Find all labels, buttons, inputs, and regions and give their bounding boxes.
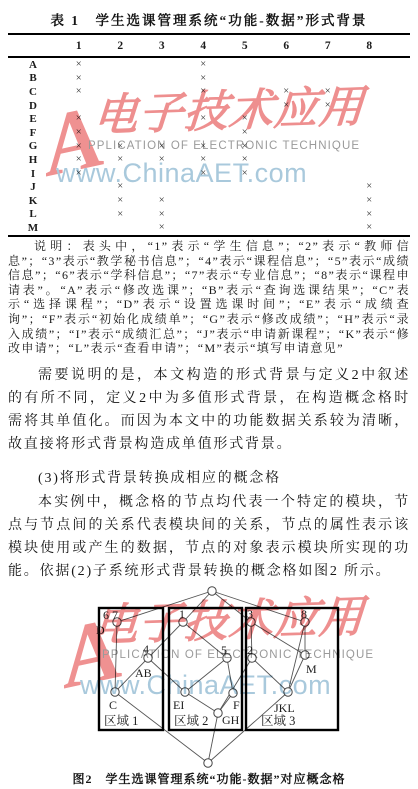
row-label-G: G: [8, 140, 58, 154]
lattice-node-nF: [229, 689, 237, 697]
row-spacer: [390, 208, 410, 222]
row-label-I: I: [8, 167, 58, 181]
context-cell-F1: ×: [58, 126, 100, 140]
context-cell-J1: [58, 180, 100, 194]
context-cell-A5: [224, 57, 266, 72]
context-cell-M2: [100, 221, 142, 236]
row-label-K: K: [8, 194, 58, 208]
lattice-node-nJKL: [284, 688, 292, 696]
row-label-A: A: [8, 57, 58, 72]
row-spacer: [390, 99, 410, 113]
context-cell-G2: ×: [100, 140, 142, 154]
context-cell-G3: ×: [141, 140, 183, 154]
row-spacer: [390, 126, 410, 140]
lattice-label: GH: [222, 713, 240, 727]
row-spacer: [390, 167, 410, 181]
context-cell-D6: ×: [266, 99, 308, 113]
paragraph-2: (3)将形式背景转换成相应的概念格: [8, 467, 410, 490]
lattice-node-nEI: [181, 688, 189, 696]
context-cell-J5: [224, 180, 266, 194]
context-cell-B5: [224, 72, 266, 86]
context-cell-L4: [183, 208, 225, 222]
row-spacer: [390, 140, 410, 154]
lattice-node-nGH: [214, 709, 222, 717]
lattice-label: 8: [301, 607, 307, 621]
context-cell-J2: ×: [100, 180, 142, 194]
column-header-1: 1: [58, 34, 100, 57]
lattice-label: F: [233, 698, 240, 712]
context-cell-C5: [224, 85, 266, 99]
lattice-node-nC: [111, 688, 119, 696]
context-cell-M6: [266, 221, 308, 236]
context-cell-G7: [307, 140, 349, 154]
lattice-edge-n67-nC: [115, 622, 117, 692]
context-cell-M8: ×: [349, 221, 391, 236]
lattice-node-top: [208, 587, 216, 595]
context-cell-I8: [349, 167, 391, 181]
context-cell-H8: [349, 153, 391, 167]
table-row-J: J××: [8, 180, 410, 194]
context-cell-C7: ×: [307, 85, 349, 99]
context-cell-H1: ×: [58, 153, 100, 167]
lattice-label: 4: [143, 642, 149, 656]
lattice-label: D: [96, 623, 105, 637]
row-label-H: H: [8, 153, 58, 167]
context-cell-F4: [183, 126, 225, 140]
context-cell-I4: ×: [183, 167, 225, 181]
context-cell-D8: [349, 99, 391, 113]
context-cell-B2: [100, 72, 142, 86]
context-cell-F2: [100, 126, 142, 140]
context-cell-B3: [141, 72, 183, 86]
context-cell-M4: [183, 221, 225, 236]
context-cell-F8: [349, 126, 391, 140]
row-spacer: [390, 112, 410, 126]
context-cell-H2: ×: [100, 153, 142, 167]
row-label-J: J: [8, 180, 58, 194]
row-spacer: [390, 85, 410, 99]
context-cell-L7: [307, 208, 349, 222]
context-cell-G4: ×: [183, 140, 225, 154]
context-cell-L5: [224, 208, 266, 222]
context-cell-K6: [266, 194, 308, 208]
row-spacer: [390, 221, 410, 236]
context-cell-F7: [307, 126, 349, 140]
lattice-edge-top-n8: [212, 591, 305, 622]
context-cell-J7: [307, 180, 349, 194]
context-cell-B6: [266, 72, 308, 86]
row-label-F: F: [8, 126, 58, 140]
context-cell-A7: [307, 57, 349, 72]
context-cell-F5: ×: [224, 126, 266, 140]
context-cell-G8: [349, 140, 391, 154]
context-cell-D2: [100, 99, 142, 113]
lattice-node-bot: [204, 759, 212, 767]
context-cell-A1: ×: [58, 57, 100, 72]
context-cell-E5: ×: [224, 112, 266, 126]
lattice-edge-nM-nJKL: [288, 655, 305, 692]
context-cell-L1: [58, 208, 100, 222]
table-corner: [8, 34, 58, 57]
context-cell-C8: [349, 85, 391, 99]
journal-page: 表 1 学生选课管理系统“功能-数据”形式背景 12345678A××B××C×…: [0, 0, 418, 789]
table-row-D: D××: [8, 99, 410, 113]
context-cell-C3: [141, 85, 183, 99]
context-cell-B4: ×: [183, 72, 225, 86]
lattice-label: 区域 3: [261, 713, 295, 728]
context-cell-D5: [224, 99, 266, 113]
context-cell-A8: [349, 57, 391, 72]
context-cell-G1: ×: [58, 140, 100, 154]
lattice-label: 2: [247, 643, 253, 657]
context-cell-I7: [307, 167, 349, 181]
context-cell-C1: ×: [58, 85, 100, 99]
table-row-L: L×××: [8, 208, 410, 222]
context-cell-B1: ×: [58, 72, 100, 86]
context-cell-M3: ×: [141, 221, 183, 236]
context-cell-E6: [266, 112, 308, 126]
context-cell-J8: ×: [349, 180, 391, 194]
lattice-label: 6 7: [103, 608, 118, 622]
context-cell-J4: [183, 180, 225, 194]
lattice-edge-n1-n4: [148, 622, 183, 658]
row-label-B: B: [8, 72, 58, 86]
context-cell-D4: [183, 99, 225, 113]
context-cell-K7: [307, 194, 349, 208]
lattice-edge-n5-nEI: [185, 658, 227, 692]
paragraph-1: 需要说明的是，本文构造的形式背景与定义2中叙述的有所不同，定义2中为多值形式背景…: [8, 364, 410, 456]
lattice-edge-nEI-nGH: [185, 692, 218, 713]
context-cell-M5: [224, 221, 266, 236]
row-label-L: L: [8, 208, 58, 222]
context-cell-F3: [141, 126, 183, 140]
context-cell-K1: [58, 194, 100, 208]
row-spacer: [390, 72, 410, 86]
column-header-4: 4: [183, 34, 225, 57]
table-row-F: F××: [8, 126, 410, 140]
lattice-label: M: [306, 662, 317, 676]
row-spacer: [390, 180, 410, 194]
table-spacer: [390, 34, 410, 57]
table-row-E: E×××: [8, 112, 410, 126]
context-cell-A4: ×: [183, 57, 225, 72]
context-cell-B8: [349, 72, 391, 86]
context-cell-H4: ×: [183, 153, 225, 167]
table-row-H: H×××××: [8, 153, 410, 167]
context-cell-H5: ×: [224, 153, 266, 167]
context-cell-L6: [266, 208, 308, 222]
lattice-edge-n5-nF: [227, 658, 233, 693]
context-cell-K2: ×: [100, 194, 142, 208]
figure-caption: 图2 学生选课管理系统“功能-数据”对应概念格: [0, 770, 418, 787]
context-cell-H3: ×: [141, 153, 183, 167]
row-label-D: D: [8, 99, 58, 113]
table-row-I: I×××: [8, 167, 410, 181]
context-cell-J6: [266, 180, 308, 194]
lattice-edge-n2-nJKL: [252, 658, 288, 692]
context-cell-E3: [141, 112, 183, 126]
context-cell-K8: ×: [349, 194, 391, 208]
context-cell-K5: [224, 194, 266, 208]
lattice-edge-n3-nM: [251, 622, 305, 655]
context-cell-C2: [100, 85, 142, 99]
lattice-label: AB: [135, 666, 152, 680]
row-spacer: [390, 57, 410, 72]
context-cell-B7: [307, 72, 349, 86]
context-cell-L8: ×: [349, 208, 391, 222]
context-cell-E2: [100, 112, 142, 126]
lattice-label: 区域 2: [174, 713, 208, 728]
context-cell-M1: [58, 221, 100, 236]
context-cell-E4: ×: [183, 112, 225, 126]
concept-lattice-figure: 6 7D138452ABMCEIFGHJKL区域 1区域 2区域 3: [0, 580, 418, 780]
context-cell-G6: [266, 140, 308, 154]
context-cell-D7: ×: [307, 99, 349, 113]
context-cell-D1: [58, 99, 100, 113]
context-cell-I5: ×: [224, 167, 266, 181]
context-cell-A2: [100, 57, 142, 72]
context-cell-G5: ×: [224, 140, 266, 154]
formal-context-table-wrap: 12345678A××B××C××××D××E×××F××G×××××H××××…: [8, 33, 410, 237]
column-header-6: 6: [266, 34, 308, 57]
row-label-M: M: [8, 221, 58, 236]
table-row-A: A××: [8, 57, 410, 72]
lattice-edge-n4-nEI: [148, 658, 185, 692]
row-spacer: [390, 153, 410, 167]
lattice-label: C: [109, 698, 117, 712]
row-label-E: E: [8, 112, 58, 126]
lattice-label: 3: [247, 607, 253, 621]
lattice-node-nM: [301, 651, 309, 659]
context-cell-D3: [141, 99, 183, 113]
lattice-label: JKL: [274, 701, 295, 715]
context-cell-E8: [349, 112, 391, 126]
table-row-B: B××: [8, 72, 410, 86]
table-note: 说明：表头中，“1”表示“学生信息”；“2”表示“教师信息”；“3”表示“教学秘…: [8, 239, 410, 356]
context-cell-I2: [100, 167, 142, 181]
context-cell-F6: [266, 126, 308, 140]
column-header-7: 7: [307, 34, 349, 57]
lattice-label: EI: [173, 698, 184, 712]
table-row-G: G×××××: [8, 140, 410, 154]
context-cell-J3: [141, 180, 183, 194]
row-spacer: [390, 194, 410, 208]
table-row-C: C××××: [8, 85, 410, 99]
context-cell-L2: ×: [100, 208, 142, 222]
paragraph-3: 本实例中，概念格的节点均代表一个特定的模块，节点与节点间的关系代表模块间的关系，…: [8, 491, 410, 583]
table-title: 表 1 学生选课管理系统“功能-数据”形式背景: [0, 9, 418, 29]
lattice-label: 5: [221, 643, 227, 657]
context-cell-I3: [141, 167, 183, 181]
context-cell-L3: ×: [141, 208, 183, 222]
context-cell-E7: [307, 112, 349, 126]
context-cell-I1: ×: [58, 167, 100, 181]
context-cell-K4: [183, 194, 225, 208]
row-label-C: C: [8, 85, 58, 99]
context-cell-C4: ×: [183, 85, 225, 99]
table-row-K: K×××: [8, 194, 410, 208]
context-cell-C6: ×: [266, 85, 308, 99]
column-header-8: 8: [349, 34, 391, 57]
context-cell-H7: [307, 153, 349, 167]
context-cell-A6: [266, 57, 308, 72]
context-cell-K3: ×: [141, 194, 183, 208]
formal-context-table: 12345678A××B××C××××D××E×××F××G×××××H××××…: [8, 33, 410, 237]
column-header-3: 3: [141, 34, 183, 57]
table-row-M: M××: [8, 221, 410, 236]
context-cell-H6: [266, 153, 308, 167]
column-header-2: 2: [100, 34, 142, 57]
column-header-5: 5: [224, 34, 266, 57]
context-cell-M7: [307, 221, 349, 236]
lattice-label: 区域 1: [104, 713, 138, 728]
lattice-label: 1: [179, 607, 185, 621]
context-cell-I6: [266, 167, 308, 181]
context-cell-A3: [141, 57, 183, 72]
context-cell-E1: ×: [58, 112, 100, 126]
